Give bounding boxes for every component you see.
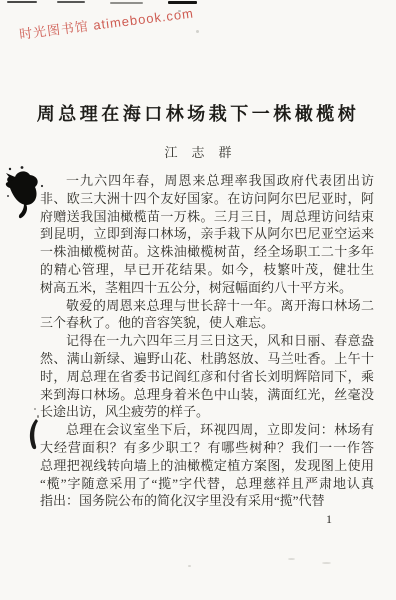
text-line: 记得在一九六四年三月三日这天，风和日丽、春意盎 xyxy=(40,332,374,350)
watermark-text: 时光图书馆 atimebook.com xyxy=(18,3,195,43)
scan-edge-dash xyxy=(110,2,143,4)
text-line: 非、欧三大洲十四个友好国家。在访问阿尔巴尼亚时，阿政 xyxy=(40,190,374,208)
text-line: 然、满山新绿、遍野山花、杜鹃怒放、马兰吐香。上午十 xyxy=(40,350,374,368)
paper-speck xyxy=(288,558,295,560)
text-line: 三个春秋了。他的音容笑貌，使人难忘。 xyxy=(40,314,374,332)
text-line: 到昆明，立即到海口林场，亲手栽下从阿尔巴尼亚空运来的 xyxy=(40,225,374,243)
text-line: 时，周总理在省委书记阎红彦和付省长刘明辉陪同下，乘车 xyxy=(40,368,374,386)
text-line: 总理把视线转向墙上的油橄榄定植方案图，发现图上使用的 xyxy=(40,457,374,475)
text-line: 大经营面积？有多少职工？有哪些树种？我们一一作答后， xyxy=(40,439,374,457)
ink-smudge xyxy=(25,419,39,453)
paper-speck xyxy=(34,408,36,410)
scanned-book-page: 时光图书馆 atimebook.com 周总理在海口林场栽下一株橄榄树 江志群 … xyxy=(0,0,396,600)
article-body: 一九六四年春，周恩来总理率我国政府代表团出访亚、非、欧三大洲十四个友好国家。在访… xyxy=(40,172,374,510)
text-line: 指出：国务院公布的简化汉字里没有采用“揽”代替 xyxy=(40,492,374,510)
paper-speck xyxy=(37,415,39,418)
paragraph: 记得在一九六四年三月三日这天，风和日丽、春意盎然、满山新绿、遍野山花、杜鹃怒放、… xyxy=(40,332,374,421)
paper-speck xyxy=(188,565,191,567)
paper-speck xyxy=(178,10,181,12)
text-line: 长途出访，风尘疲劳的样子。 xyxy=(40,403,374,421)
paper-speck xyxy=(322,562,331,564)
article-author: 江志群 xyxy=(0,142,396,161)
text-line: 总理在会议室坐下后，环视四周，立即发问：林场有多 xyxy=(40,421,374,439)
paragraph: 一九六四年春，周恩来总理率我国政府代表团出访亚、非、欧三大洲十四个友好国家。在访… xyxy=(40,172,374,297)
text-line: 树高五米，茎粗四十五公分，树冠幅面约八十平方米。 xyxy=(40,279,374,297)
article-title: 周总理在海口林场栽下一株橄榄树 xyxy=(0,100,396,126)
paper-speck xyxy=(196,30,199,33)
text-line: 敬爱的周恩来总理与世长辞十一年。离开海口林场二十 xyxy=(40,297,374,315)
text-line: “榄”字随意采用了“揽”字代替，总理慈祥且严肃地认真 xyxy=(40,475,374,493)
text-line: 一九六四年春，周恩来总理率我国政府代表团出访亚、 xyxy=(40,172,374,190)
scan-edge-dash xyxy=(7,1,37,3)
paragraph: 总理在会议室坐下后，环视四周，立即发问：林场有多大经营面积？有多少职工？有哪些树… xyxy=(40,421,374,510)
text-line: 一株油橄榄树苗。这株油橄榄树苗，经全场职工二十多年来 xyxy=(40,243,374,261)
text-line: 来到海口林场。总理身着米色中山装，满面红光，丝毫没有 xyxy=(40,386,374,404)
paragraph: 敬爱的周恩来总理与世长辞十一年。离开海口林场二十三个春秋了。他的音容笑貌，使人难… xyxy=(40,297,374,333)
text-line: 的精心管理，早已开花结果。如今，枝繁叶茂，健壮生长， xyxy=(40,261,374,279)
page-number: 1 xyxy=(326,512,332,527)
text-line: 府赠送我国油橄榄苗一万株。三月三日，周总理访问结束回 xyxy=(40,208,374,226)
scan-edge-dash xyxy=(57,1,85,3)
